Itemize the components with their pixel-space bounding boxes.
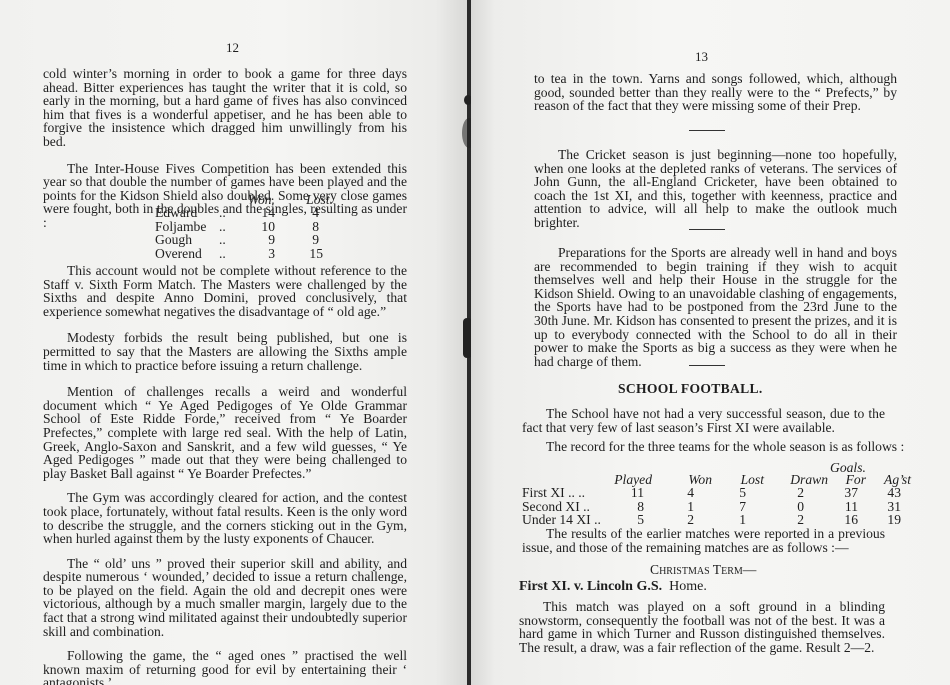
paragraph: The Gym was accordingly cleared for acti… <box>43 491 407 545</box>
column-header: Played <box>602 473 652 486</box>
right-page: 13 to tea in the town. Yarns and songs f… <box>471 0 950 685</box>
left-page: 12 cold winter’s morning in order to boo… <box>0 0 468 685</box>
paragraph-record: The record for the three teams for the w… <box>546 440 906 454</box>
paragraph-match: This match was played on a soft ground i… <box>519 600 885 654</box>
column-header: Won. <box>235 193 275 206</box>
term-label: Christmas Term— <box>650 562 756 578</box>
table-row: Second XI .. 8 1 7 0 11 31 <box>522 500 911 513</box>
paragraph-results: The results of the earlier matches were … <box>522 527 885 554</box>
page-number: 13 <box>695 49 708 65</box>
football-record-table: Played Won Lost Drawn For Ag’st First XI… <box>522 473 911 527</box>
table-row: Gough .. 9 9 <box>155 233 333 246</box>
table-row: Overend .. 3 15 <box>155 247 333 260</box>
match-heading: First XI. v. Lincoln G.S. Home. <box>519 579 707 595</box>
section-divider <box>689 365 725 366</box>
page-number: 12 <box>226 40 239 56</box>
section-heading: SCHOOL FOOTBALL. <box>618 381 763 397</box>
match-venue: Home. <box>669 579 707 594</box>
paragraph: The “ old’ uns ” proved their superior s… <box>43 557 407 639</box>
paragraph: Mention of challenges recalls a weird an… <box>43 385 407 480</box>
column-header: Drawn <box>764 473 828 486</box>
paragraph-tea: to tea in the town. Yarns and songs foll… <box>534 72 897 113</box>
match-title: First XI. v. Lincoln G.S. <box>519 579 662 594</box>
column-header: Won <box>652 473 712 486</box>
paragraph: cold winter’s morning in order to book a… <box>43 67 407 149</box>
paragraph-cricket: The Cricket season is just beginning—non… <box>534 148 897 230</box>
paragraph-season: The School have not had a very successfu… <box>522 407 885 434</box>
section-divider <box>689 130 725 131</box>
table-row: Foljambe .. 10 8 <box>155 220 333 233</box>
paragraph-sports: Preparations for the Sports are already … <box>534 246 897 368</box>
paragraph: Modesty forbids the result being publish… <box>43 331 407 372</box>
column-header: Lost. <box>275 193 333 206</box>
left-text-bottom: This account would not be complete witho… <box>43 264 407 685</box>
paragraph: This account would not be complete witho… <box>43 264 407 318</box>
table-row: Edward .. 14 4 <box>155 206 333 219</box>
table-row: Under 14 XI .. 5 2 1 2 16 19 <box>522 513 911 526</box>
column-header: Ag’st <box>866 473 911 486</box>
fives-table: Won. Lost. Edward .. 14 4 Foljambe .. 10… <box>155 193 333 260</box>
section-divider <box>689 229 725 230</box>
column-header: Lost <box>712 473 764 486</box>
paragraph: Following the game, the “ aged ones ” pr… <box>43 649 407 685</box>
column-header: For <box>828 473 866 486</box>
table-row: First XI .. .. 11 4 5 2 37 43 <box>522 486 911 499</box>
